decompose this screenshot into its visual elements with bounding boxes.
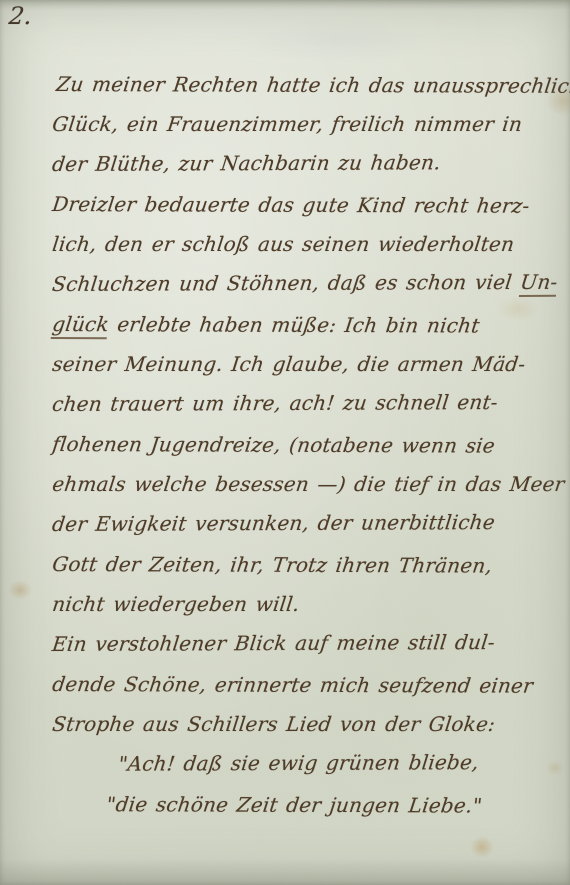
underlined-text-segment: Un- xyxy=(519,270,559,297)
text-segment: Schluchzen und Stöhnen, daß es schon vie… xyxy=(51,270,522,296)
manuscript-line: chen trauert um ihre, ach! zu schnell en… xyxy=(50,382,561,424)
scan-edge-shadow-bottom xyxy=(0,859,570,885)
manuscript-line: "Ach! daß sie ewig grünen bliebe, xyxy=(50,742,561,784)
text-segment: Ein verstohlener Blick auf meine still d… xyxy=(51,630,496,656)
manuscript-line: Gott der Zeiten, ihr, Trotz ihren Thräne… xyxy=(50,544,561,586)
manuscript-line: der Ewigkeit versunken, der unerbittlich… xyxy=(50,502,561,544)
manuscript-line: seiner Meinung. Ich glaube, die armen Mä… xyxy=(50,344,561,384)
manuscript-line: Dreizler bedauerte das gute Kind recht h… xyxy=(50,184,561,226)
manuscript-line: Schluchzen und Stöhnen, daß es schon vie… xyxy=(50,262,561,304)
text-segment: ehmals welche besessen —) die tief in da… xyxy=(51,472,566,496)
manuscript-line: "die schöne Zeit der jungen Liebe." xyxy=(50,784,561,826)
text-segment: erlebte haben müße: Ich bin nicht xyxy=(107,312,481,337)
text-segment: "Ach! daß sie ewig grünen bliebe, xyxy=(117,750,480,776)
manuscript-line: flohenen Jugendreize, (notabene wenn sie xyxy=(50,424,561,466)
text-segment: dende Schöne, erinnerte mich seufzend ei… xyxy=(51,672,534,698)
text-segment: lich, den er schloß aus seinen wiederhol… xyxy=(51,232,516,256)
text-segment: seiner Meinung. Ich glaube, die armen Mä… xyxy=(51,352,527,376)
text-segment: flohenen Jugendreize, (notabene wenn sie xyxy=(51,432,496,458)
fox-stain xyxy=(250,18,430,64)
manuscript-line: der Blüthe, zur Nachbarin zu haben. xyxy=(50,142,561,184)
manuscript-line: ehmals welche besessen —) die tief in da… xyxy=(50,464,561,504)
manuscript-line: nicht wiedergeben will. xyxy=(50,584,561,624)
text-segment: Strophe aus Schillers Lied von der Gloke… xyxy=(51,712,497,736)
fox-stain xyxy=(470,836,494,858)
text-segment: der Ewigkeit versunken, der unerbittlich… xyxy=(51,510,496,536)
text-segment: der Blüthe, zur Nachbarin zu haben. xyxy=(51,150,442,176)
fox-stain xyxy=(8,580,32,600)
text-segment: Dreizler bedauerte das gute Kind recht h… xyxy=(51,192,531,218)
manuscript-line: Strophe aus Schillers Lied von der Gloke… xyxy=(50,704,561,744)
manuscript-text: Zu meiner Rechten hatte ich das unausspr… xyxy=(50,64,556,824)
manuscript-line: Zu meiner Rechten hatte ich das unausspr… xyxy=(50,64,561,106)
manuscript-line: glück erlebte haben müße: Ich bin nicht xyxy=(50,304,561,346)
text-segment: chen trauert um ihre, ach! zu schnell en… xyxy=(51,390,499,416)
manuscript-page: 2. Zu meiner Rechten hatte ich das unaus… xyxy=(0,0,570,885)
text-segment: "die schöne Zeit der jungen Liebe." xyxy=(105,792,484,817)
manuscript-line: Ein verstohlener Blick auf meine still d… xyxy=(50,622,561,664)
text-segment: nicht wiedergeben will. xyxy=(51,592,301,616)
manuscript-line: dende Schöne, erinnerte mich seufzend ei… xyxy=(50,664,561,706)
manuscript-line: lich, den er schloß aus seinen wiederhol… xyxy=(50,224,561,264)
text-segment: Gott der Zeiten, ihr, Trotz ihren Thräne… xyxy=(51,552,494,578)
manuscript-line: Glück, ein Frauenzimmer, freilich nimmer… xyxy=(50,104,561,144)
page-number: 2. xyxy=(8,2,34,30)
text-segment: Glück, ein Frauenzimmer, freilich nimmer… xyxy=(51,112,524,136)
text-segment: Zu meiner Rechten hatte ich das unausspr… xyxy=(55,72,570,98)
scan-edge-shadow-top xyxy=(0,0,570,10)
underlined-text-segment: glück xyxy=(51,312,111,339)
